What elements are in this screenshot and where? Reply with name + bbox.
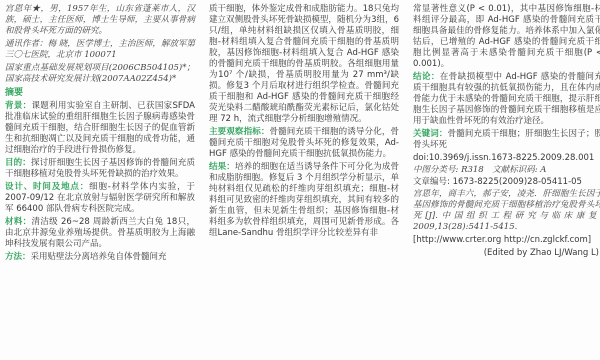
abstract-results: 结果：培养的细胞在适当诱导条件下可分化为成骨和成脂肪细胞。修复后 3 个月组织学…: [209, 162, 399, 239]
abstract-heading: 摘要: [5, 88, 195, 99]
main-outcomes-label: 主要观察指标：: [209, 127, 270, 137]
column-right: 常显著性意义(P < 0.01)，其中基因修饰细胞-材料组评分最高，即 Ad-H…: [413, 4, 600, 360]
keywords: 关键词：骨髓间充质干细胞；肝细胞生长因子；股骨头坏死: [413, 129, 600, 151]
abstract-main-outcomes: 主要观察指标：骨髓间充质干细胞的诱导分化，骨髓间充质干细胞对兔股骨头坏死的修复效…: [209, 127, 399, 160]
article-abstract-page: 宫恩年★，男，1957年生，山东省蓬莱市人，汉族，硕士，主任医师，博士生导师，主…: [0, 0, 600, 360]
conclusion-label: 结论：: [413, 72, 440, 82]
materials-text: 清洁级 26~28 周龄新西兰大白兔 18只，由北京井源兔业养殖场提供。骨基质明…: [5, 217, 195, 249]
conclusion-text: 在骨缺损模型中 Ad-HGF 感染的骨髓间充质干细胞具有较强的抗低氧损伤能力，且…: [413, 72, 600, 126]
abstract-materials: 材料：清洁级 26~28 周龄新西兰大白兔 18只，由北京井源兔业养殖场提供。骨…: [5, 217, 195, 250]
journal-urls: [http://www.crter.org http://cn.zglckf.c…: [413, 235, 600, 246]
funding-info: 国家重点基础发展规划项目(2006CB504105)*；国家高技术研究发展计划(…: [5, 63, 195, 85]
column-left: 宫恩年★，男，1957年生，山东省蓬莱市人，汉族，硕士，主任医师，博士生导师，主…: [5, 4, 195, 360]
objective-text: 探讨肝细胞生长因子基因修饰的骨髓间充质干细胞移植对兔股骨头坏死骨缺损的治疗效果。: [5, 158, 195, 179]
design-label: 设计、时间及地点：: [5, 182, 89, 192]
author-bio: 宫恩年★，男，1957年生，山东省蓬莱市人，汉族，硕士，主任医师，博士生导师，主…: [5, 4, 195, 37]
background-text: 课题利用实验室自主研制、已获国家SFDA 批准临床试验的重组肝细胞生长因子腺病毒…: [5, 101, 195, 155]
methods-text: 采用贴壁法分离培养兔自体骨髓间充: [31, 252, 167, 262]
results-continuation: 常显著性意义(P < 0.01)，其中基因修饰细胞-材料组评分最高，即 Ad-H…: [413, 4, 600, 70]
results-label: 结果：: [209, 162, 235, 172]
methods-label: 方法：: [5, 252, 31, 262]
abstract-design: 设计、时间及地点：细胞-材料学体内实验，于2007-09/12 在北京放射与辐射…: [5, 182, 195, 215]
abstract-conclusion: 结论：在骨缺损模型中 Ad-HGF 感染的骨髓间充质干细胞具有较强的抗低氧损伤能…: [413, 72, 600, 127]
citation: 宫恩年，商丰六，郝子安，凌尧．肝细胞生长因子基因修饰的骨髓间充质干细胞移植治疗兔…: [413, 189, 600, 233]
results-text: 培养的细胞在适当诱导条件下可分化为成骨和成脂肪细胞。修复后 3 个月组织学分析显…: [209, 162, 399, 238]
doi-line: doi:10.3969/j.issn.1673-8225.2009.28.001: [413, 153, 600, 164]
background-label: 背景：: [5, 101, 31, 111]
methods-continuation: 质干细胞，体外鉴定成骨和成脂肪能力。18只兔均建立双侧股骨头坏死骨缺损模型，随机…: [209, 4, 399, 125]
objective-label: 目的：: [5, 158, 31, 168]
abstract-objective: 目的：探讨肝细胞生长因子基因修饰的骨髓间充质干细胞移植对兔股骨头坏死骨缺损的治疗…: [5, 158, 195, 180]
corresponding-author: 通讯作者：梅 晓，医学博士，主治医师，解放军第三〇七医院，北京市 100071: [5, 39, 195, 61]
abstract-background: 背景：课题利用实验室自主研制、已获国家SFDA 批准临床试验的重组肝细胞生长因子…: [5, 101, 195, 156]
clc-line: 中图分类号: R318 文献标识码: A: [413, 165, 600, 176]
article-number-line: 文章编号: 1673-8225(2009)28-05411-05: [413, 177, 600, 188]
materials-label: 材料：: [5, 217, 32, 227]
column-middle: 质干细胞，体外鉴定成骨和成脂肪能力。18只兔均建立双侧股骨头坏死骨缺损模型，随机…: [209, 4, 399, 360]
keywords-label: 关键词：: [413, 129, 448, 139]
edited-by: (Edited by Zhao LJ/Wang L): [413, 248, 600, 259]
abstract-methods: 方法：采用贴壁法分离培养兔自体骨髓间充: [5, 252, 195, 263]
